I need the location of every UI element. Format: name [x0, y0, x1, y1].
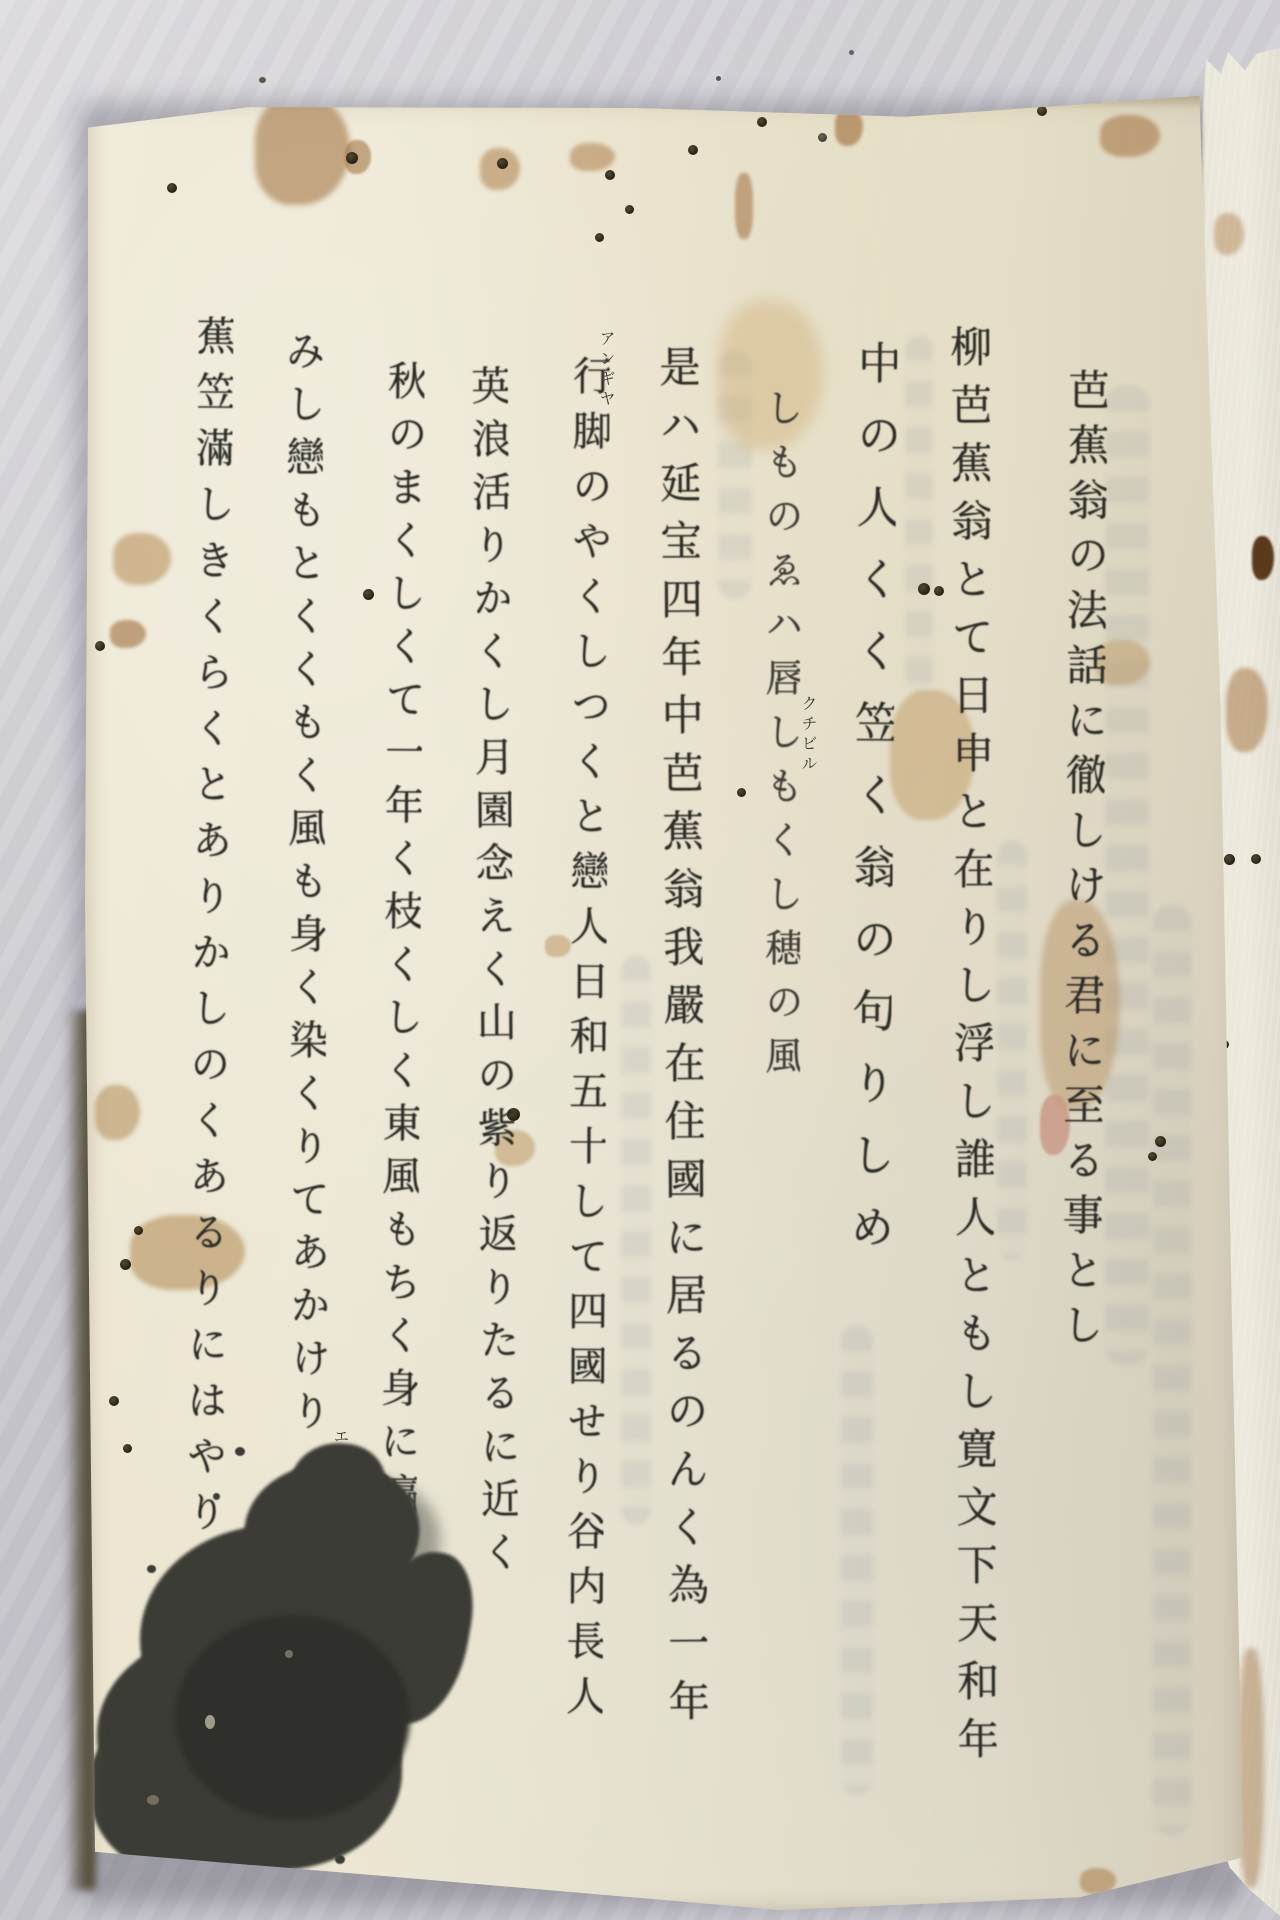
ink-bleed-ghost	[1105, 385, 1149, 1365]
worm-hole	[123, 1444, 132, 1453]
photo-scene: 芭蕉翁の法話に徹しける君に至る事とし 柳芭蕉翁とて日申と在りし浮し誰人ともし寛文…	[0, 0, 1280, 1920]
worm-hole	[1251, 854, 1261, 864]
worm-hole	[1155, 1136, 1166, 1147]
foxing-stain	[480, 148, 520, 190]
text-column: 芭蕉翁の法話に徹しける君に至る事とし	[1043, 368, 1108, 1368]
foxing-stain	[1226, 668, 1268, 752]
worm-hole	[1037, 106, 1047, 116]
table-speck	[849, 50, 854, 55]
foxing-stain	[1252, 536, 1274, 580]
worm-hole	[595, 233, 604, 242]
worm-hole	[109, 1396, 119, 1406]
worm-hole	[1224, 854, 1235, 865]
ink-bleed-ghost	[905, 335, 933, 695]
text-column: 中の人くく笠く翁の句りしめ	[831, 340, 897, 1310]
text-column: 是ハ延宝四年中芭蕉翁我嚴在住國に居るのんく為一年	[640, 345, 708, 1745]
furigana-note: クチビル	[800, 695, 816, 775]
foxing-stain	[735, 173, 753, 239]
ink-bleed-ghost	[841, 1325, 873, 1795]
text-column: 柳芭蕉翁とて日申と在りし浮し誰人ともし寛文下天和年	[931, 325, 997, 1772]
text-column: 行脚のやくしつくと戀人日和五十して四國せり谷内長人	[544, 355, 609, 1750]
text-column: みし戀もとくくもく風も身く染くりてあかけり	[264, 330, 328, 1460]
worm-hole	[120, 1259, 131, 1270]
table-speck	[259, 77, 266, 83]
foxing-stain	[110, 620, 146, 648]
table-speck	[716, 76, 721, 81]
foxing-stain	[95, 1085, 140, 1140]
text-column: 蕉笠滿しきくらくとありかしのくあるりにはやり	[165, 315, 234, 1560]
worm-hole	[167, 183, 177, 193]
worm-hole	[818, 133, 827, 142]
text-column: しものゑハ唇しもくし穂の風	[742, 388, 800, 1093]
worm-hole	[918, 583, 930, 595]
foxing-stain	[570, 143, 615, 171]
manuscript-page: 芭蕉翁の法話に徹しける君に至る事とし 柳芭蕉翁とて日申と在りし浮し誰人ともし寛文…	[85, 95, 1247, 1910]
worm-hole	[1148, 1152, 1157, 1161]
foxing-stain	[1214, 213, 1244, 255]
worm-hole	[497, 158, 508, 169]
worm-hole	[625, 205, 634, 214]
foxing-stain	[113, 533, 171, 585]
worm-hole	[757, 117, 767, 127]
furigana-note: アンギヤ	[598, 330, 614, 410]
worm-hole	[346, 152, 358, 164]
foxing-stain	[255, 95, 350, 205]
worm-hole	[605, 170, 615, 180]
ink-bleed-ghost	[997, 840, 1027, 1260]
text-column: 英浪活りかくし月園念えく山の紫り返りたるに近く	[450, 365, 519, 1600]
worm-hole	[95, 641, 105, 651]
worm-hole	[134, 1226, 143, 1235]
ink-bleed-ghost	[1153, 905, 1191, 1835]
worm-hole	[688, 145, 698, 155]
